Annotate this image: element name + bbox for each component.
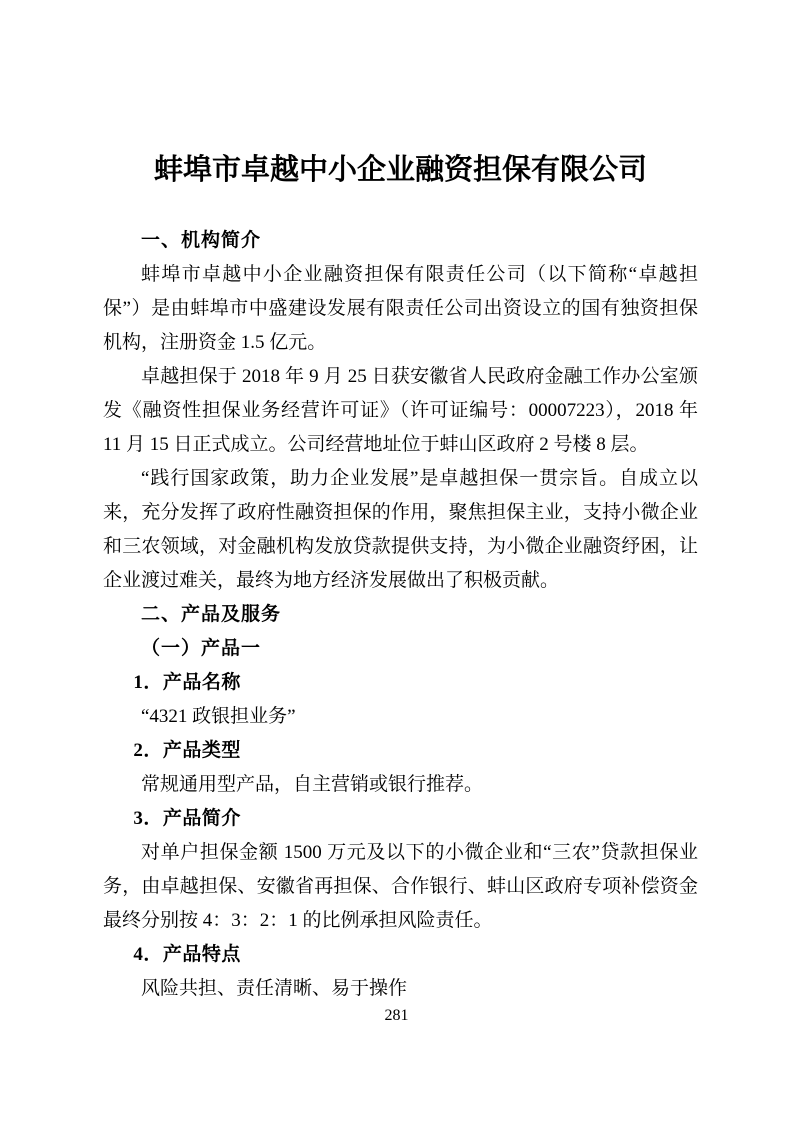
section-heading-organization-intro: 一、机构简介 — [103, 224, 698, 258]
document-page: 蚌埠市卓越中小企业融资担保有限公司 一、机构简介 蚌埠市卓越中小企业融资担保有限… — [0, 0, 793, 1122]
paragraph-license-info: 卓越担保于 2018 年 9 月 25 日获安徽省人民政府金融工作办公室颁发《融… — [103, 360, 698, 462]
paragraph-company-overview: 蚌埠市卓越中小企业融资担保有限责任公司（以下简称“卓越担保”）是由蚌埠市中盛建设… — [103, 258, 698, 360]
document-title: 蚌埠市卓越中小企业融资担保有限公司 — [103, 150, 698, 190]
paragraph-product-name-value: “4321 政银担业务” — [103, 700, 698, 734]
page-number: 281 — [0, 1005, 793, 1027]
paragraph-product-features-value: 风险共担、责任清晰、易于操作 — [103, 972, 698, 1006]
item-heading-product-features: 4．产品特点 — [103, 938, 698, 972]
item-heading-product-name: 1．产品名称 — [103, 666, 698, 700]
section-heading-products-services: 二、产品及服务 — [103, 598, 698, 632]
sub-heading-product-one: （一）产品一 — [103, 632, 698, 666]
item-heading-product-intro: 3．产品简介 — [103, 802, 698, 836]
paragraph-product-intro-value: 对单户担保金额 1500 万元及以下的小微企业和“三农”贷款担保业务，由卓越担保… — [103, 836, 698, 938]
paragraph-mission: “践行国家政策，助力企业发展”是卓越担保一贯宗旨。自成立以来，充分发挥了政府性融… — [103, 462, 698, 598]
paragraph-product-type-value: 常规通用型产品，自主营销或银行推荐。 — [103, 768, 698, 802]
document-content: 蚌埠市卓越中小企业融资担保有限公司 一、机构简介 蚌埠市卓越中小企业融资担保有限… — [103, 150, 698, 1006]
item-heading-product-type: 2．产品类型 — [103, 734, 698, 768]
